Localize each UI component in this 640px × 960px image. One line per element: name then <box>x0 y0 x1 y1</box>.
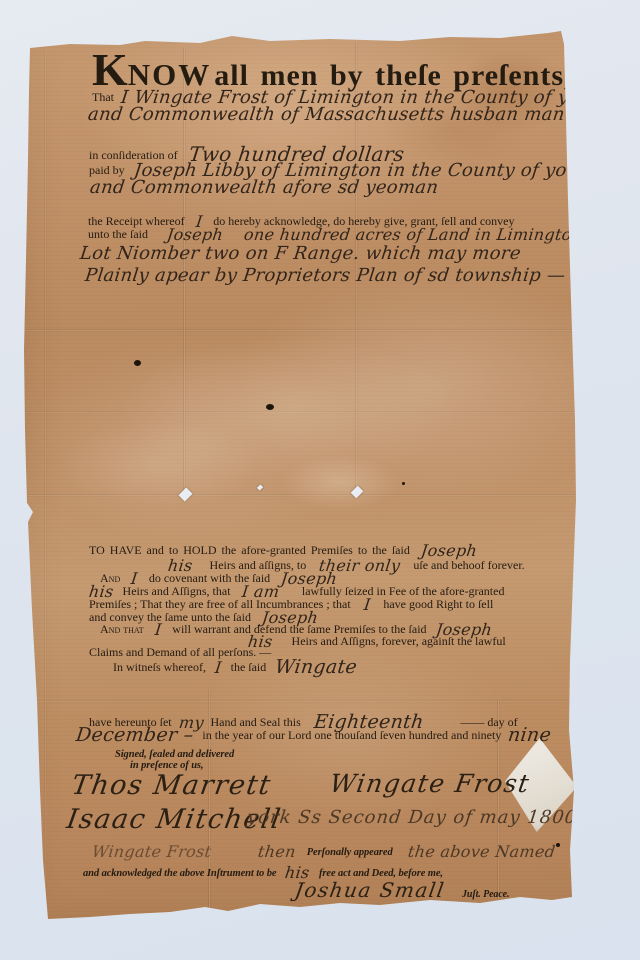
printed-segment: in the year of our Lord one thouſand ſev… <box>202 728 501 742</box>
handwritten-segment: then <box>257 843 297 861</box>
line-personally-appeared: then Perſonally appeared the above Named <box>258 843 555 861</box>
printed-segment: the ſaid <box>231 660 267 674</box>
signature-joshua-small: Joshua Small <box>295 879 445 902</box>
handwritten-segment: I <box>363 596 372 614</box>
printed-segment: have good Right to ſell <box>383 597 493 611</box>
printed-segment: In witneſs whereof, <box>113 660 206 674</box>
handwritten-segment: Plainly apear by Proprietors Plan of sd … <box>84 266 567 287</box>
handwritten-segment: Wingate Frost <box>91 843 213 861</box>
photo-background: KNOW all men by theſe preſents, That I W… <box>0 0 640 960</box>
fold-crease-horizontal-4 <box>32 700 572 703</box>
handwritten-signature: Wingate Frost <box>328 770 532 799</box>
deed-paper: KNOW all men by theſe preſents, That I W… <box>0 0 640 960</box>
show-through-smudge <box>60 420 260 510</box>
handwritten-segment: york Ss Second Day of may 1800 <box>246 808 579 829</box>
ink-spot <box>266 404 274 410</box>
printed-segment: Heirs and Aſſigns, forever, againſt the … <box>292 634 506 648</box>
line-grantor-2: and Commonwealth of Massachusetts husban… <box>88 105 589 126</box>
ink-spot <box>134 360 141 366</box>
printed-segment: TO HAVE and to HOLD the afore-granted Pr… <box>89 543 410 557</box>
handwritten-segment: nine <box>507 725 553 747</box>
handwritten-segment: the above Named <box>406 843 555 861</box>
line-plainly-appear: Plainly apear by Proprietors Plan of sd … <box>85 266 565 287</box>
handwritten-segment: Lot Niomber two on F Range. which may mo… <box>79 244 522 265</box>
ink-spot <box>556 843 560 847</box>
printed-segment: and acknowledged the above Inſtrument to… <box>83 868 276 879</box>
handwritten-segment: Joseph <box>166 226 224 244</box>
line-heirs-forever: his Heirs and Aſſigns, forever, againſt … <box>248 633 506 651</box>
printed-segment: That <box>92 90 114 104</box>
printed-segment: uſe and behoof forever. <box>413 558 524 572</box>
fold-hole-left <box>178 487 192 501</box>
printed-segment: Juſt. Peace. <box>462 889 509 900</box>
handwritten-segment: one hundred acres of Land in Limington <box>243 226 584 244</box>
fold-crease-left-margin <box>44 50 47 915</box>
fold-crease-horizontal-1 <box>26 329 574 332</box>
handwritten-signature: Joshua Small <box>293 879 446 902</box>
printed-segment: paid by <box>89 163 125 177</box>
line-justice-peace: Juſt. Peace. <box>462 887 509 901</box>
signature-thomas-marrett: Thos Marrett <box>72 770 271 801</box>
handwritten-segment: I <box>214 659 223 677</box>
handwritten-segment: Wingate <box>274 657 359 679</box>
fold-hole-small <box>257 484 263 490</box>
line-commonwealth: and Commonwealth afore sd yeoman <box>90 178 438 199</box>
printed-segment: Perſonally appeared <box>307 847 393 858</box>
fold-hole-right <box>351 486 364 499</box>
fold-crease-horizontal-3 <box>27 494 575 497</box>
tear-light-patch <box>280 455 400 510</box>
printed-segment: And that <box>100 622 144 636</box>
signature-wingate-frost: Wingate Frost <box>330 770 530 799</box>
handwritten-segment: and Commonwealth afore sd yeoman <box>89 178 440 199</box>
line-wingate-frost-small: Wingate Frost <box>92 843 211 861</box>
line-unto-said: unto the ſaid Joseph one hundred acres o… <box>88 226 582 244</box>
handwritten-signature: Thos Marrett <box>70 770 274 801</box>
ink-spot <box>402 482 405 485</box>
handwritten-segment: December – <box>75 725 195 747</box>
line-york-date: york Ss Second Day of may 1800 <box>247 808 577 829</box>
fold-crease-horizontal-2 <box>26 411 574 414</box>
handwritten-segment: and Commonwealth of Massachusetts husban… <box>87 105 590 126</box>
printed-segment: unto the ſaid <box>88 227 148 241</box>
line-witness: In witneſs whereof, I the ſaid Wingate <box>113 657 357 679</box>
show-through-smudge <box>120 335 460 485</box>
line-year: December – in the year of our Lord one t… <box>76 725 551 747</box>
handwritten-segment: I <box>154 621 163 639</box>
line-lot-number: Lot Niomber two on F Range. which may mo… <box>80 244 521 265</box>
